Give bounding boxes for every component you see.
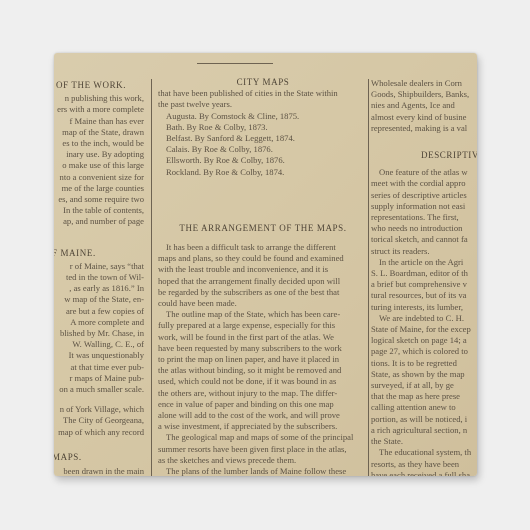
right-para-4: We are indebted to C. H.State of Maine, … bbox=[371, 313, 477, 447]
city-maps-list: Augusta. By Comstock & Cline, 1875.Bath.… bbox=[158, 111, 368, 178]
arrangement-para-1: It has been a difficult task to arrange … bbox=[158, 242, 368, 309]
text-line: Calais. By Roe & Colby, 1876. bbox=[158, 144, 368, 155]
text-line: nto a convenient size for bbox=[54, 172, 144, 183]
text-line: the others are, without injury to the ma… bbox=[158, 388, 368, 399]
text-line: are but a few copies of bbox=[54, 306, 144, 317]
text-line: be regarded by the subscribers as one of… bbox=[158, 287, 368, 298]
text-line: In the article on the Agri bbox=[371, 257, 477, 268]
text-line: ence in value of paper and binding on th… bbox=[158, 399, 368, 410]
text-line: nies and Agents, Ice and bbox=[371, 100, 477, 111]
text-line: used, which could not be done, if it was… bbox=[158, 376, 368, 387]
text-line: the atlas without binding, so it might b… bbox=[158, 365, 368, 376]
text-line: have been requested by many subscribers … bbox=[158, 343, 368, 354]
text-line: fully prepared at a large expense, espec… bbox=[158, 320, 368, 331]
text-line: resorts, as they have been bbox=[371, 459, 477, 470]
text-line: S. L. Boardman, editor of th bbox=[371, 268, 477, 279]
text-line: as the sketches and views precede them. bbox=[158, 455, 368, 466]
text-line: State of Maine, for the excep bbox=[371, 324, 477, 335]
text-line: to print the map on linen paper, and hav… bbox=[158, 354, 368, 365]
text-line: n publishing this work, bbox=[54, 93, 144, 104]
left-para-4: been drawn in the mainown recent surveys… bbox=[54, 466, 144, 476]
arrangement-para-4: The plans of the lumber lands of Maine f… bbox=[158, 466, 368, 476]
text-line: meet with the cordial appro bbox=[371, 178, 477, 189]
text-line: a wise investment, if appreciated by the… bbox=[158, 421, 368, 432]
text-line: W. Walling, C. E., of bbox=[54, 339, 144, 350]
text-line: We are indebted to C. H. bbox=[371, 313, 477, 324]
heading-city-maps: CITY MAPS bbox=[158, 77, 368, 88]
text-line: that have been published of cities in th… bbox=[158, 88, 368, 99]
text-line: almost every kind of busine bbox=[371, 112, 477, 123]
text-line: calling attention anew to bbox=[371, 402, 477, 413]
text-line: n of York Village, which bbox=[54, 404, 144, 415]
text-line: that the map as here prese bbox=[371, 391, 477, 402]
text-line: a rich agricultural section, n bbox=[371, 425, 477, 436]
text-line: representations. The first, bbox=[371, 212, 477, 223]
text-line: who needs no introduction bbox=[371, 223, 477, 234]
text-line: have each received a full sha bbox=[371, 470, 477, 476]
heading-maps: MAPS. bbox=[54, 452, 144, 463]
text-line: torical sketch, and cannot fa bbox=[371, 234, 477, 245]
text-line: Wholesale dealers in Corn bbox=[371, 78, 477, 89]
text-line: series of descriptive articles bbox=[371, 190, 477, 201]
text-line: map of the State, drawn bbox=[54, 127, 144, 138]
middle-column: CITY MAPS that have been published of ci… bbox=[158, 53, 368, 476]
text-line: The plans of the lumber lands of Maine f… bbox=[158, 466, 368, 476]
right-para-2: One feature of the atlas wmeet with the … bbox=[371, 167, 477, 257]
text-line: One feature of the atlas w bbox=[371, 167, 477, 178]
text-line: the past twelve years. bbox=[158, 99, 368, 110]
right-para-5: The educational system, thresorts, as th… bbox=[371, 447, 477, 476]
heading-of-maine: F MAINE. bbox=[54, 248, 144, 259]
text-line: Ellsworth. By Roe & Colby, 1876. bbox=[158, 155, 368, 166]
text-line: could have been made. bbox=[158, 298, 368, 309]
text-line: ers with a more complete bbox=[54, 104, 144, 115]
text-line: summer resorts have been given first pla… bbox=[158, 444, 368, 455]
text-line: State, as shown by the map bbox=[371, 369, 477, 380]
left-column: OF THE WORK. n publishing this work,ers … bbox=[54, 53, 144, 476]
text-line: Belfast. By Sanford & Leggett, 1874. bbox=[158, 133, 368, 144]
text-line: Goods, Shipbuilders, Banks, bbox=[371, 89, 477, 100]
right-para-3: In the article on the AgriS. L. Boardman… bbox=[371, 257, 477, 313]
left-para-2: r of Maine, says “thatted in the town of… bbox=[54, 261, 144, 395]
text-line: Bath. By Roe & Colby, 1873. bbox=[158, 122, 368, 133]
text-line: me of the large counties bbox=[54, 183, 144, 194]
text-line: f Maine than has ever bbox=[54, 116, 144, 127]
text-line: The educational system, th bbox=[371, 447, 477, 458]
text-line: on a much smaller scale. bbox=[54, 384, 144, 395]
text-line: alone will add to the cost of the work, … bbox=[158, 410, 368, 421]
heading-descriptive: DESCRIPTIVE bbox=[371, 150, 477, 161]
left-para-3: n of York Village, whichThe City of Geor… bbox=[54, 404, 144, 438]
text-line: struct its readers. bbox=[371, 246, 477, 257]
text-line: logical sketch on page 14; a bbox=[371, 335, 477, 346]
right-para-1: Wholesale dealers in CornGoods, Shipbuil… bbox=[371, 78, 477, 134]
arrangement-para-2: The outline map of the State, which has … bbox=[158, 309, 368, 432]
printed-page-tile: OF THE WORK. n publishing this work,ers … bbox=[54, 53, 477, 476]
column-rule-right bbox=[368, 79, 369, 476]
text-line: work, will be found in the first part of… bbox=[158, 332, 368, 343]
text-line: maps and plans, so they could be found a… bbox=[158, 253, 368, 264]
heading-arrangement: THE ARRANGEMENT OF THE MAPS. bbox=[158, 223, 368, 234]
text-line: inary use. By adopting bbox=[54, 149, 144, 160]
text-line: The outline map of the State, which has … bbox=[158, 309, 368, 320]
text-line: es to the inch, would be bbox=[54, 138, 144, 149]
text-line: Augusta. By Comstock & Cline, 1875. bbox=[158, 111, 368, 122]
text-line: A more complete and bbox=[54, 317, 144, 328]
text-line: In the table of contents, bbox=[54, 205, 144, 216]
text-line: at that time ever pub- bbox=[54, 362, 144, 373]
text-line: represented, making is a val bbox=[371, 123, 477, 134]
heading-of-the-work: OF THE WORK. bbox=[54, 80, 144, 91]
text-line: the State. bbox=[371, 436, 477, 447]
text-line: hoped that the arrangement finally decid… bbox=[158, 276, 368, 287]
text-line: blished by Mr. Chase, in bbox=[54, 328, 144, 339]
text-line: o make use of this large bbox=[54, 160, 144, 171]
text-line: It has been a difficult task to arrange … bbox=[158, 242, 368, 253]
text-line: Rockland. By Roe & Colby, 1874. bbox=[158, 167, 368, 178]
text-line: ap, and number of page bbox=[54, 216, 144, 227]
text-line: w map of the State, en- bbox=[54, 294, 144, 305]
text-line: r of Maine, says “that bbox=[54, 261, 144, 272]
text-line: a brief but comprehensive v bbox=[371, 279, 477, 290]
text-line: tural resources, but of its va bbox=[371, 290, 477, 301]
text-line: page 27, which is colored to bbox=[371, 346, 477, 357]
text-line: It was unquestionably bbox=[54, 350, 144, 361]
text-line: tions. It is to be regretted bbox=[371, 358, 477, 369]
text-line: The City of Georgeana, bbox=[54, 415, 144, 426]
text-line: portion, as will be noticed, i bbox=[371, 414, 477, 425]
text-line: map of which any record bbox=[54, 427, 144, 438]
text-line: r maps of Maine pub- bbox=[54, 373, 144, 384]
text-line: , as early as 1816.” In bbox=[54, 283, 144, 294]
text-line: surveyed, if at all, by ge bbox=[371, 380, 477, 391]
left-para-1: n publishing this work,ers with a more c… bbox=[54, 93, 144, 227]
city-maps-intro: that have been published of cities in th… bbox=[158, 88, 368, 110]
text-line: The geological map and maps of some of t… bbox=[158, 432, 368, 443]
text-line: ted in the town of Wil- bbox=[54, 272, 144, 283]
column-rule-left bbox=[151, 79, 152, 476]
right-column: Wholesale dealers in CornGoods, Shipbuil… bbox=[371, 53, 477, 476]
text-line: been drawn in the main bbox=[54, 466, 144, 476]
text-line: supply information not easi bbox=[371, 201, 477, 212]
text-line: turing interests, its lumber, bbox=[371, 302, 477, 313]
text-line: with the least trouble and inconvenience… bbox=[158, 264, 368, 275]
arrangement-para-3: The geological map and maps of some of t… bbox=[158, 432, 368, 466]
text-line: es, and some require two bbox=[54, 194, 144, 205]
